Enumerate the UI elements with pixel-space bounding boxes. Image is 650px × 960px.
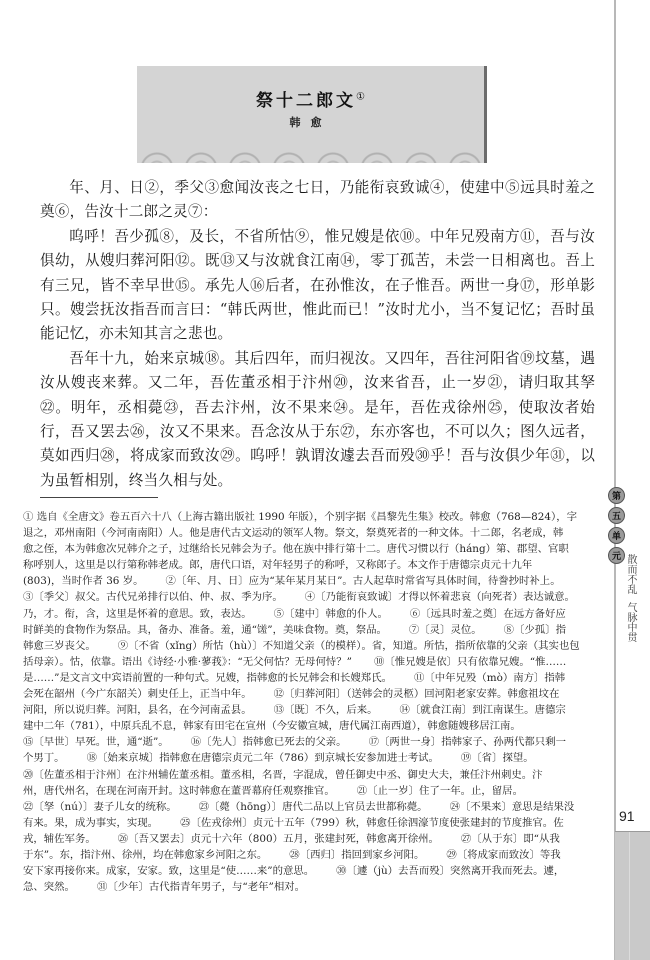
side-motto: 散而不乱气脉中贯	[623, 554, 637, 642]
footnote-text: ⑫〔归葬河阳〕（送韩会的灵柩）回河阳老家安葬。韩愈祖坟在	[274, 688, 560, 700]
author-name: 韩愈	[137, 114, 484, 130]
footnote-text: ㉓〔薨（hōng）〕唐代二品以上官员去世都称薨。	[199, 801, 428, 813]
footnote-text: ⑨〔不省（xǐng）所怙（hù）〕不知道父亲（的模样）。省，知道。所怙，指所依靠…	[118, 640, 580, 652]
footnote-line: 括母亲）。怙，依靠。语出《诗经·小雅·蓼莪》：“无父何怙？无母何恃？”⑩〔惟兄嫂…	[23, 654, 597, 670]
motto-line-1: 散而不乱	[625, 554, 636, 594]
footnote-line: 于东”。东，指汴州、徐州，均在韩愈家乡河阳之东。㉘〔西归〕指回到家乡河阳。㉙〔将…	[23, 847, 597, 863]
footnote-line: 有来。果，成为事实，实现。㉕〔佐戎徐州〕贞元十五年（799）秋，韩愈任徐泗濠节度…	[23, 815, 597, 831]
footnote-text: ⑳〔佐董丞相于汴州〕在汴州辅佐董丞相。董丞相，名晋，字混成，曾任御史中丞、御史大…	[23, 769, 543, 781]
footnote-text: 河阳，所以说归葬。河阳，县名，在今河南孟县。	[23, 704, 252, 716]
footnote-text: 括母亲）。怙，依靠。语出《诗经·小雅·蓼莪》：“无父何怙？无母何恃？”	[23, 656, 352, 668]
footnote-text: ⑧〔少孤〕指	[504, 624, 566, 636]
footnote-line: ⑳〔佐董丞相于汴州〕在汴州辅佐董丞相。董丞相，名晋，字混成，曾任御史中丞、御史大…	[23, 767, 597, 783]
footnote-text: 于东”。东，指汴州、徐州，均在韩愈家乡河阳之东。	[23, 849, 267, 861]
footnote-text: 愈之侄，本为韩愈次兄韩介之子，过继给长兄韩会为子。他在族中排行第十二。唐代习惯以…	[23, 543, 569, 555]
footnote-text: 建中二年（781），中原兵乱不息，韩家有田宅在宣州（今安徽宣城，唐代属江南西道）…	[23, 720, 521, 732]
unit-tab-char: 五	[608, 507, 625, 524]
footnotes: ① 选自《全唐文》卷五百六十八（上海古籍出版社 1990 年版），个别字据《昌黎…	[23, 509, 597, 895]
footnote-text: ㉘〔西归〕指回到家乡河阳。	[289, 849, 424, 861]
footnote-text: ㉛〔少年〕古代指青年男子，与“老年”相对。	[97, 881, 305, 893]
footnote-text: ① 选自《全唐文》卷五百六十八（上海古籍出版社 1990 年版），个别字据《昌黎…	[23, 511, 577, 523]
footnote-text: ⑯〔先人〕指韩愈已死去的父亲。	[191, 736, 347, 748]
footnote-text: ㉑〔止一岁〕住了一年。止，留居。	[357, 785, 523, 797]
footnote-line: 乃，才。衔，含，这里是怀着的意思。致，表达。⑤〔建中〕韩愈的仆人。⑥〔远具时羞之…	[23, 606, 597, 622]
footnote-line: 个男丁。⑱〔始来京城〕指韩愈在唐德宗贞元二年（786）到京城长安参加进士考试。⑲…	[23, 750, 597, 766]
footnote-line: 时鲜美的食物作为祭品。具，备办、准备。羞，通“馐”，美味食物。奠，祭品。⑦〔灵〕…	[23, 622, 597, 638]
footnote-text: 乃，才。衔，含，这里是怀着的意思。致，表达。	[23, 608, 252, 620]
footnote-text: 退之，邓州南阳（今河南南阳）人。他是唐代古文运动的领军人物。祭文，祭奠死者的一种…	[23, 527, 563, 539]
footnote-text: 有来。果，成为事实，实现。	[23, 817, 158, 829]
title-banner: 祭十二郎文① 韩愈	[137, 66, 487, 163]
unit-tab-char: 第	[608, 487, 625, 504]
paragraph: 年、月、日②，季父③愈闻汝丧之七日，乃能衔哀致诚④，使建中⑤远具时羞之奠⑥，告汝…	[40, 176, 595, 225]
page-title: 祭十二郎文①	[137, 86, 484, 111]
footnote-text: ⑰〔两世一身〕指韩家子、孙两代都只剩一	[369, 736, 566, 748]
paragraph: 呜呼！吾少孤⑧，及长，不省所怙⑨，惟兄嫂是依⑩。中年兄殁南方⑪，吾与汝俱幼，从嫂…	[40, 225, 595, 347]
footnote-text: 急、突然。	[23, 881, 75, 893]
footnote-line: 安下家再接你来。成家，安家。致，这里是“使……来”的意思。㉚〔遽（jù）去吾而殁…	[23, 863, 597, 879]
footnote-text: ⑥〔远具时羞之奠〕在远方备好应	[410, 608, 566, 620]
footnote-text: ⑤〔建中〕韩愈的仆人。	[274, 608, 388, 620]
page-number: 91	[619, 808, 635, 824]
footnote-line: ① 选自《全唐文》卷五百六十八（上海古籍出版社 1990 年版），个别字据《昌黎…	[23, 509, 597, 525]
footnote-line: 愈之侄，本为韩愈次兄韩介之子，过继给长兄韩会为子。他在族中排行第十二。唐代习惯以…	[23, 541, 597, 557]
footnote-line: 河阳，所以说归葬。河阳，县名，在今河南孟县。⑬〔既〕不久，后来。⑭〔就食江南〕到…	[23, 702, 597, 718]
footnote-text: ⑲〔省〕探望。	[461, 752, 534, 764]
footnote-text: ⑬〔既〕不久，后来。	[274, 704, 378, 716]
footnote-text: ㉕〔佐戎徐州〕贞元十五年（799）秋，韩愈任徐泗濠节度使张建封的节度推官。佐	[180, 817, 564, 829]
footnote-text: ⑮〔早世〕早死。世，通“逝”。	[23, 736, 169, 748]
footnote-text: ㉚〔遽（jù）去吾而殁〕突然离开我而死去。遽，	[336, 865, 564, 877]
footnote-text: ㉙〔将成家而致汝〕等我	[446, 849, 560, 861]
footnote-line: 是……”是文言文中宾语前置的一种句式。兄嫂，指韩愈的长兄韩会和长嫂郑氏。⑪〔中年…	[23, 670, 597, 686]
footnote-line: 建中二年（781），中原兵乱不息，韩家有田宅在宣州（今安徽宣城，唐代属江南西道）…	[23, 718, 597, 734]
footnote-text: (803)，当时作者 36 岁。	[23, 575, 144, 587]
footnote-text: ②〔年、月、日〕应为“某年某月某日”。古人起草时常省写具体时间，待誊抄时补上。	[166, 575, 561, 587]
footnote-text: 时鲜美的食物作为祭品。具，备办、准备。羞，通“馐”，美味食物。奠，祭品。	[23, 624, 387, 636]
footnote-line: 戎，辅佐军务。㉖〔吾又罢去〕贞元十六年（800）五月，张建封死，韩愈离开徐州。㉗…	[23, 831, 597, 847]
footnote-line: 韩愈三岁丧父。⑨〔不省（xǐng）所怙（hù）〕不知道父亲（的模样）。省，知道。…	[23, 638, 597, 654]
footnote-line: 急、突然。㉛〔少年〕古代指青年男子，与“老年”相对。	[23, 879, 597, 895]
cloud-pattern-decoration	[137, 143, 484, 163]
footnote-text: ⑭〔就食江南〕到江南谋生。唐德宗	[400, 704, 566, 716]
page-edge-tab	[615, 831, 650, 960]
footnote-text: ⑱〔始来京城〕指韩愈在唐德宗贞元二年（786）到京城长安参加进士考试。	[87, 752, 439, 764]
footnote-text: 会死在韶州（今广东韶关）刺史任上，正当中年。	[23, 688, 252, 700]
footnote-text: 安下家再接你来。成家，安家。致，这里是“使……来”的意思。	[23, 865, 314, 877]
title-footnote-marker: ①	[356, 91, 365, 102]
footnote-line: ⑮〔早世〕早死。世，通“逝”。⑯〔先人〕指韩愈已死去的父亲。⑰〔两世一身〕指韩家…	[23, 734, 597, 750]
footnote-text: ⑩〔惟兄嫂是依〕只有依靠兄嫂。“惟……	[374, 656, 566, 668]
margin-rule	[614, 0, 616, 960]
footnote-text: 戎，辅佐军务。	[23, 833, 96, 845]
footnote-line: 会死在韶州（今广东韶关）刺史任上，正当中年。⑫〔归葬河阳〕（送韩会的灵柩）回河阳…	[23, 686, 597, 702]
motto-line-2: 气脉中贯	[625, 602, 636, 642]
footnote-line: 退之，邓州南阳（今河南南阳）人。他是唐代古文运动的领军人物。祭文，祭奠死者的一种…	[23, 525, 597, 541]
footnote-text: ⑦〔灵〕灵位。	[409, 624, 482, 636]
footnote-text: 称呼别人，这里是以行第称韩老成。郎，唐代口语，对年轻男子的称呼，又称郎子。本文作…	[23, 559, 532, 571]
title-text: 祭十二郎文	[256, 91, 356, 111]
main-text: 年、月、日②，季父③愈闻汝丧之七日，乃能衔哀致诚④，使建中⑤远具时羞之奠⑥，告汝…	[40, 176, 595, 493]
footnote-text: ⑪〔中年兄殁（mò）南方〕指韩	[414, 672, 565, 684]
footnote-divider	[40, 497, 158, 498]
footnote-line: 州，唐代州名，在现在河南开封。这时韩愈在董晋幕府任观察推官。㉑〔止一岁〕住了一年…	[23, 783, 597, 799]
footnote-text: ㉒〔孥（nú）〕妻子儿女的统称。	[23, 801, 177, 813]
footnote-text: 个男丁。	[23, 752, 65, 764]
footnote-text: 韩愈三岁丧父。	[23, 640, 96, 652]
footnote-line: ③〔季父〕叔父。古代兄弟排行以伯、仲、叔、季为序。④〔乃能衔哀致诚〕才得以怀着悲…	[23, 589, 597, 605]
footnote-text: 州，唐代州名，在现在河南开封。这时韩愈在董晋幕府任观察推官。	[23, 785, 335, 797]
footnote-line: 称呼别人，这里是以行第称韩老成。郎，唐代口语，对年轻男子的称呼，又称郎子。本文作…	[23, 557, 597, 573]
footnote-text: ④〔乃能衔哀致诚〕才得以怀着悲哀（向死者）表达诚意。	[305, 591, 575, 603]
footnote-text: ㉖〔吾又罢去〕贞元十六年（800）五月，张建封死，韩愈离开徐州。	[118, 833, 439, 845]
footnote-line: ㉒〔孥（nú）〕妻子儿女的统称。㉓〔薨（hōng）〕唐代二品以上官员去世都称薨。…	[23, 799, 597, 815]
footnote-text: ㉗〔从于东〕即“从我	[461, 833, 560, 845]
paragraph: 吾年十九，始来京城⑱。其后四年，而归视汝。又四年，吾往河阳省⑲坟墓，遇汝从嫂丧来…	[40, 347, 595, 493]
unit-label: 第五单元	[608, 487, 626, 564]
unit-tab-char: 单	[608, 527, 625, 544]
footnote-text: ㉔〔不果来〕意思是结果没	[450, 801, 575, 813]
footnote-text: 是……”是文言文中宾语前置的一种句式。兄嫂，指韩愈的长兄韩会和长嫂郑氏。	[23, 672, 392, 684]
footnote-line: (803)，当时作者 36 岁。②〔年、月、日〕应为“某年某月某日”。古人起草时…	[23, 573, 597, 589]
footnote-text: ③〔季父〕叔父。古代兄弟排行以伯、仲、叔、季为序。	[23, 591, 283, 603]
